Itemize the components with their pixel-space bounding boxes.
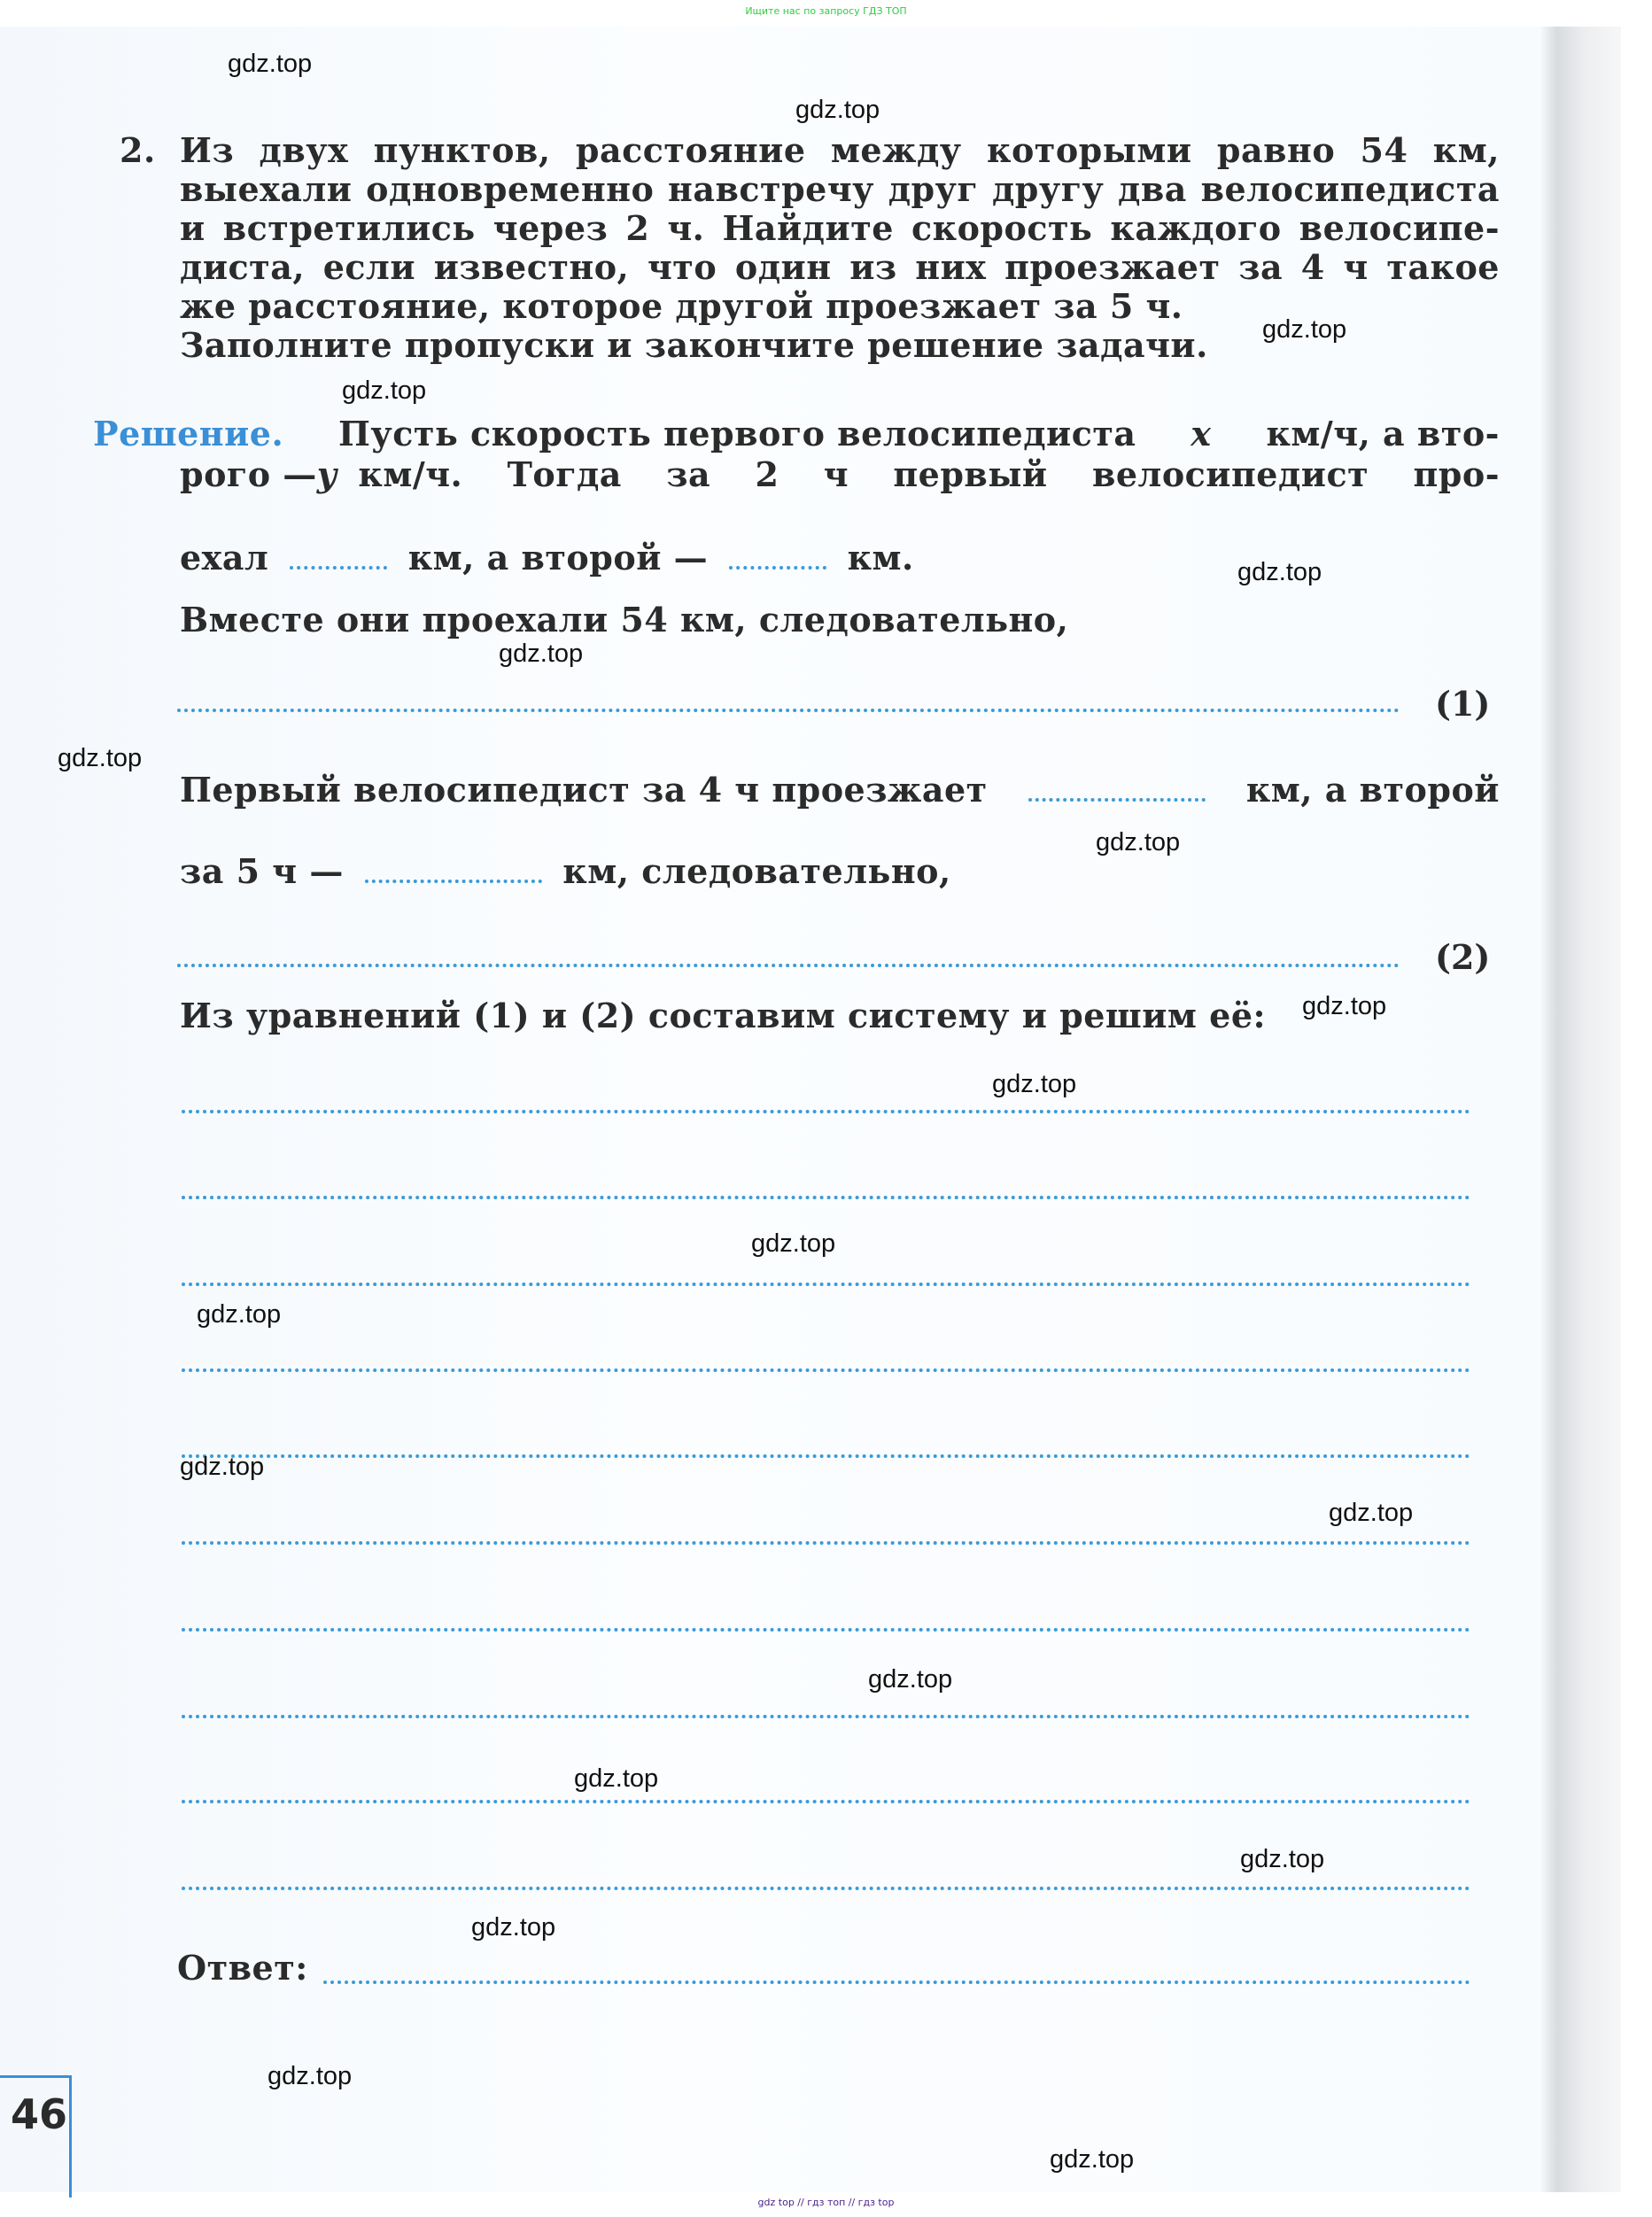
watermark: gdz.top [574, 1764, 658, 1794]
page-number: 46 [11, 2090, 67, 2138]
watermark: gdz.top [228, 50, 312, 79]
watermark: gdz.top [1237, 558, 1322, 587]
work-line-9[interactable] [182, 1800, 1470, 1803]
solution-line-1: Решение. Пусть скорость первого велосипе… [93, 415, 1500, 453]
work-line-2[interactable] [182, 1196, 1470, 1199]
work-line-3[interactable] [182, 1283, 1470, 1286]
watermark: gdz.top [197, 1300, 281, 1329]
bottom-banner: gdz top // гдз топ // гдз top [0, 2197, 1652, 2208]
equation-1-number: (1) [1435, 684, 1490, 724]
watermark: gdz.top [180, 1453, 264, 1482]
answer-line[interactable] [323, 1981, 1470, 1984]
watermark: gdz.top [992, 1070, 1076, 1099]
watermark: gdz.top [1329, 1499, 1413, 1528]
watermark: gdz.top [795, 96, 880, 125]
watermark: gdz.top [1050, 2145, 1134, 2174]
work-line-1[interactable] [182, 1110, 1470, 1113]
work-line-7[interactable] [182, 1628, 1470, 1632]
blank-second-5h-distance[interactable] [365, 871, 542, 883]
blank-second-distance[interactable] [729, 557, 826, 570]
solution-line-4: Вместе они проехали 54 км, следовательно… [180, 601, 1068, 640]
variable-x: x [1191, 415, 1211, 453]
work-line-6[interactable] [182, 1541, 1470, 1545]
watermark: gdz.top [868, 1665, 952, 1694]
task-number: 2. [120, 131, 156, 170]
book-spine-shadow [1541, 27, 1621, 2192]
equation-2-line[interactable] [177, 964, 1400, 967]
top-banner: Ищите нас по запросу ГДЗ ТОП [0, 5, 1652, 17]
solution-line-6: за 5 ч — км, следовательно, [180, 852, 951, 891]
variable-y: y [317, 455, 337, 494]
watermark: gdz.top [499, 640, 583, 669]
task-line-4: диста, если известно, что один из них пр… [180, 248, 1500, 287]
solution-line-2: рого — y км/ч. Тогда за 2 ч первый велос… [180, 455, 1500, 494]
solution-label: Решение. [93, 415, 283, 453]
work-line-10[interactable] [182, 1887, 1470, 1890]
watermark: gdz.top [58, 744, 142, 773]
watermark: gdz.top [342, 376, 426, 406]
task-line-1: Из двух пунктов, расстояние между которы… [180, 131, 1500, 170]
work-line-4[interactable] [182, 1368, 1470, 1372]
work-line-8[interactable] [182, 1715, 1470, 1718]
solution-line-7: Из уравнений (1) и (2) составим систему … [180, 996, 1266, 1035]
equation-2-number: (2) [1435, 937, 1490, 977]
work-line-5[interactable] [182, 1454, 1470, 1458]
task-line-2: выехали одновременно навстречу друг друг… [180, 170, 1500, 209]
watermark: gdz.top [268, 2062, 352, 2091]
watermark: gdz.top [471, 1913, 555, 1942]
solution-line-3: ехал км, а второй — км. [180, 539, 914, 578]
watermark: gdz.top [1240, 1845, 1324, 1874]
task-line-3: и встретились через 2 ч. Найдите скорост… [180, 209, 1500, 248]
answer-label: Ответ: [177, 1949, 308, 1988]
watermark: gdz.top [1096, 828, 1180, 857]
blank-first-4h-distance[interactable] [1028, 789, 1206, 802]
watermark: gdz.top [751, 1229, 835, 1259]
equation-1-line[interactable] [177, 709, 1400, 712]
watermark: gdz.top [1302, 992, 1386, 1021]
solution-line-5: Первый велосипедист за 4 ч проезжает км,… [180, 771, 1500, 810]
watermark: gdz.top [1262, 315, 1346, 345]
blank-first-distance[interactable] [290, 557, 387, 570]
